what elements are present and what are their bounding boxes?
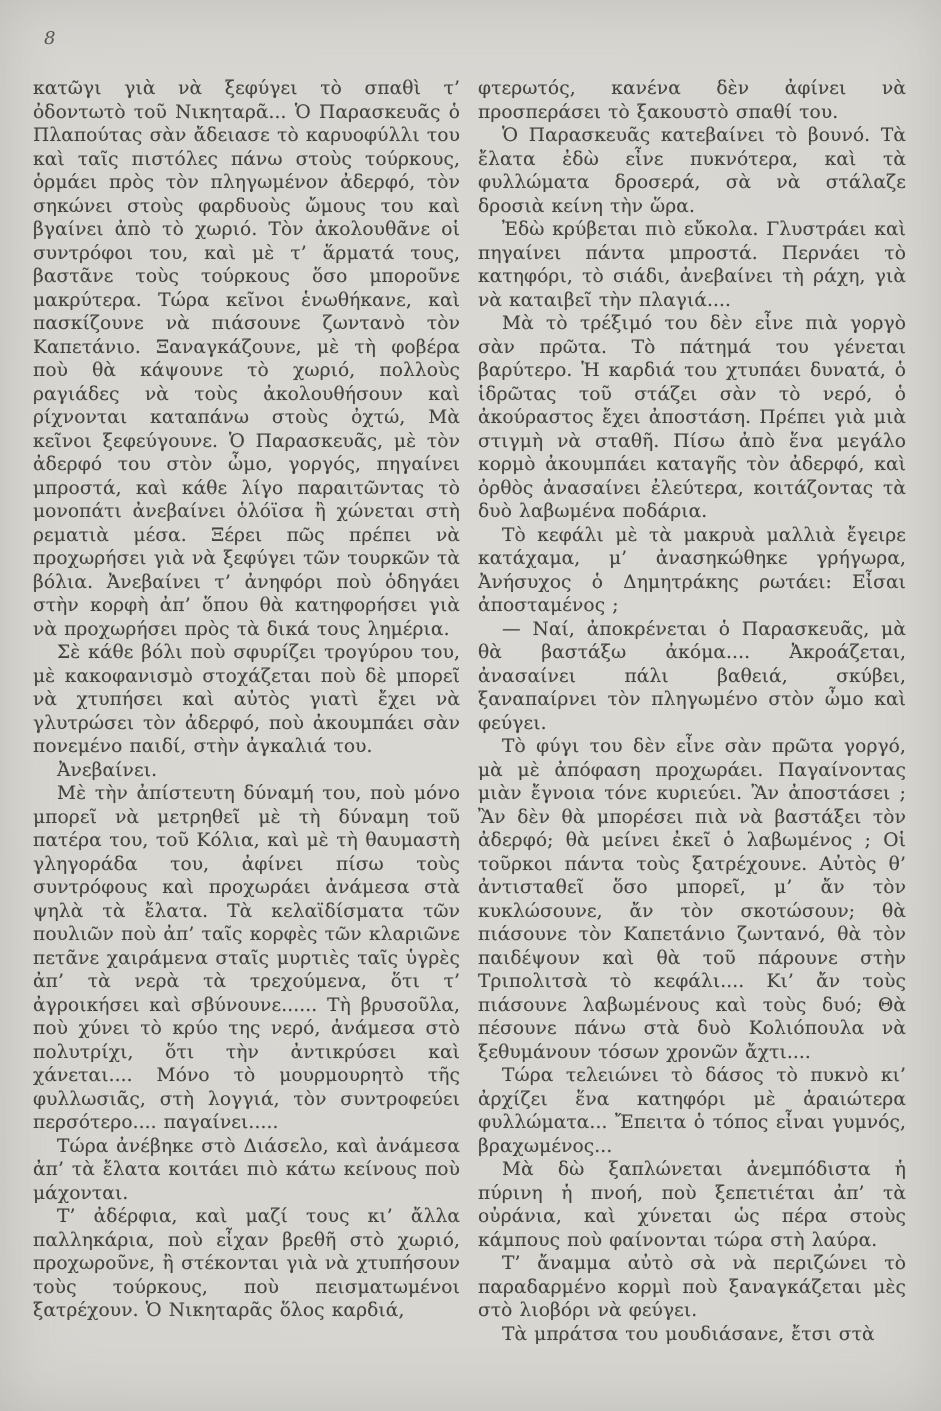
paragraph: Τ’ ἄναμμα αὐτὸ σὰ νὰ περιζώνει τὸ παραδα… [478, 1252, 906, 1323]
paragraph: Τὰ μπράτσα του μουδιάσανε, ἔτσι στὰ [478, 1323, 906, 1347]
paragraph: — Ναί, ἀποκρένεται ὁ Παρασκευᾶς, μὰ θὰ β… [478, 618, 906, 736]
paragraph: φτερωτός, κανένα δὲν ἀφίνει νὰ προσπεράσ… [478, 77, 906, 124]
page-number: 8 [44, 28, 56, 49]
paragraph: Τώρα ἀνέβηκε στὸ Διάσελο, καὶ ἀνάμεσα ἀπ… [33, 1135, 460, 1206]
paragraph: Ἐδὼ κρύβεται πιὸ εὔκολα. Γλυστράει καὶ π… [478, 218, 906, 312]
paragraph: Μὰ δὼ ξαπλώνεται ἀνεμπόδιστα ἡ πύρινη ἡ … [478, 1158, 906, 1252]
paragraph: Τὸ φύγι του δὲν εἶνε σὰν πρῶτα γοργό, μὰ… [478, 735, 906, 1064]
left-column: κατῶγι γιὰ νὰ ξεφύγει τὸ σπαθὶ τ’ ὀδοντω… [33, 77, 460, 1323]
paragraph: Ἀνεβαίνει. [33, 759, 460, 783]
paragraph: Τ’ ἀδέρφια, καὶ μαζί τους κι’ ἄλλα παλλη… [33, 1205, 460, 1323]
paragraph: Τὸ κεφάλι μὲ τὰ μακρυὰ μαλλιὰ ἔγειρε κατ… [478, 524, 906, 618]
paragraph: κατῶγι γιὰ νὰ ξεφύγει τὸ σπαθὶ τ’ ὀδοντω… [33, 77, 460, 641]
paragraph: Μὲ τὴν ἀπίστευτη δύναμή του, ποὺ μόνο μπ… [33, 782, 460, 1135]
paragraph: Μὰ τὸ τρέξιμό του δὲν εἶνε πιὰ γοργὸ σὰν… [478, 312, 906, 524]
right-column: φτερωτός, κανένα δὲν ἀφίνει νὰ προσπεράσ… [478, 77, 906, 1346]
paragraph: Τώρα τελειώνει τὸ δάσος τὸ πυκνὸ κι’ ἀρχ… [478, 1064, 906, 1158]
paragraph: Ὁ Παρασκευᾶς κατεβαίνει τὸ βουνό. Τὰ ἔλα… [478, 124, 906, 218]
book-page: 8 κατῶγι γιὰ νὰ ξεφύγει τὸ σπαθὶ τ’ ὀδον… [0, 0, 941, 1411]
paragraph: Σὲ κάθε βόλι ποὺ σφυρίζει τρογύρου του, … [33, 641, 460, 759]
